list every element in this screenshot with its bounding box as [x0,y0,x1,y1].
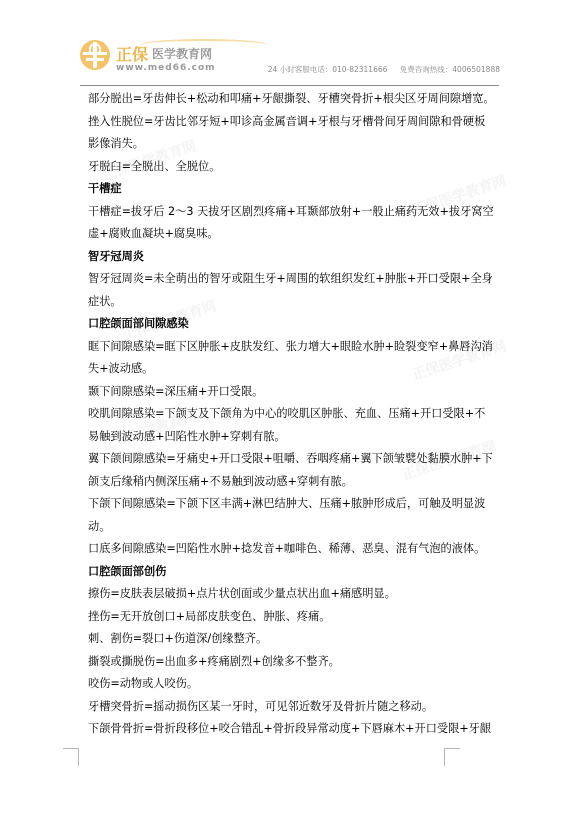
paragraph-line: 失+波动感。 [88,358,500,381]
paragraph-line: 智牙冠周炎=未全萌出的智牙或阻生牙+周围的软组织发红+肿胀+开口受限+全身 [88,268,500,291]
paragraph-line: 下颌下间隙感染=下颌下区丰满+淋巴结肿大、压痛+脓肿形成后，可触及明显波 [88,493,500,516]
brand-url: www.med66.com [116,63,216,73]
paragraph-line: 擦伤=皮肤表层破损+点片状创面或少量点状出血+痛感明显。 [88,583,500,606]
paragraph-line: 翼下颌间隙感染=牙痛史+开口受限+咀嚼、吞咽疼痛+翼下颌皱襞处黏膜水肿+下 [88,448,500,471]
paragraph-line: 咬肌间隙感染=下颌支及下颌角为中心的咬肌区肿胀、充血、压痛+开口受限+不 [88,403,500,426]
paragraph-line: 撕裂或撕脱伤=出血多+疼痛剧烈+创缘多不整齐。 [88,651,500,674]
document-body: 部分脱出=牙齿伸长+松动和叩痛+牙龈撕裂、牙槽突骨折+根尖区牙周间隙增宽。挫入性… [88,88,500,741]
logo-icon [80,40,110,70]
section-heading: 干槽症 [88,178,500,201]
paragraph-line: 牙脱臼=全脱出、全脱位。 [88,156,500,179]
contact-info: 24 小时客服电话：010-82311666 免费咨询热线：4006501888 [258,64,500,75]
paragraph-line: 症状。 [88,291,500,314]
paragraph-line: 挫伤=无开放创口+局部皮肤变色、肿胀、疼痛。 [88,606,500,629]
brand-subtitle: 医学教育网 [152,45,212,62]
paragraph-line: 咬伤=动物或人咬伤。 [88,673,500,696]
paragraph-line: 部分脱出=牙齿伸长+松动和叩痛+牙龈撕裂、牙槽突骨折+根尖区牙周间隙增宽。 [88,88,500,111]
paragraph-line: 眶下间隙感染=眶下区肿胀+皮肤发红、张力增大+眼睑水肿+睑裂变窄+鼻唇沟消 [88,336,500,359]
brand-name: 正保 [116,42,148,65]
paragraph-line: 动。 [88,516,500,539]
section-heading: 智牙冠周炎 [88,246,500,269]
section-heading: 口腔颌面部间隙感染 [88,313,500,336]
paragraph-line: 刺、割伤=裂口+伤道深/创缘整齐。 [88,628,500,651]
header-divider [80,85,499,86]
document-page: 正保医学教育网 正保医学教育网 正保医学教育网 正保医学教育网 正保医学教育网 … [0,0,577,817]
section-heading: 口腔颌面部创伤 [88,561,500,584]
paragraph-line: 颌支后缘稍内侧深压痛+不易触到波动感+穿刺有脓。 [88,471,500,494]
paragraph-line: 挫入性脱位=牙齿比邻牙短+叩诊高金属音调+牙根与牙槽骨间牙周间隙和骨硬板 [88,111,500,134]
paragraph-line: 颞下间隙感染=深压痛+开口受限。 [88,381,500,404]
paragraph-line: 易触到波动感+凹陷性水肿+穿刺有脓。 [88,426,500,449]
service-phone: 24 小时客服电话：010-82311666 [268,65,388,74]
page-header: 正保 医学教育网 www.med66.com 24 小时客服电话：010-823… [80,36,500,86]
paragraph-line: 口底多间隙感染=凹陷性水肿+捻发音+咖啡色、稀薄、恶臭、混有气泡的液体。 [88,538,500,561]
free-hotline: 免费咨询热线：4006501888 [400,65,500,74]
paragraph-line: 干槽症=拔牙后 2～3 天拔牙区剧烈疼痛+耳颞部放射+一般止痛药无效+拔牙窝空 [88,201,500,224]
paragraph-line: 牙槽突骨折=摇动损伤区某一牙时，可见邻近数牙及骨折片随之移动。 [88,696,500,719]
page-corner-mark-right [444,748,460,766]
paragraph-line: 下颌骨骨折=骨折段移位+咬合错乱+骨折段异常动度+下唇麻木+开口受限+牙龈 [88,718,500,741]
paragraph-line: 影像消失。 [88,133,500,156]
page-corner-mark-left [63,748,79,766]
paragraph-line: 虚+腐败血凝块+腐臭味。 [88,223,500,246]
